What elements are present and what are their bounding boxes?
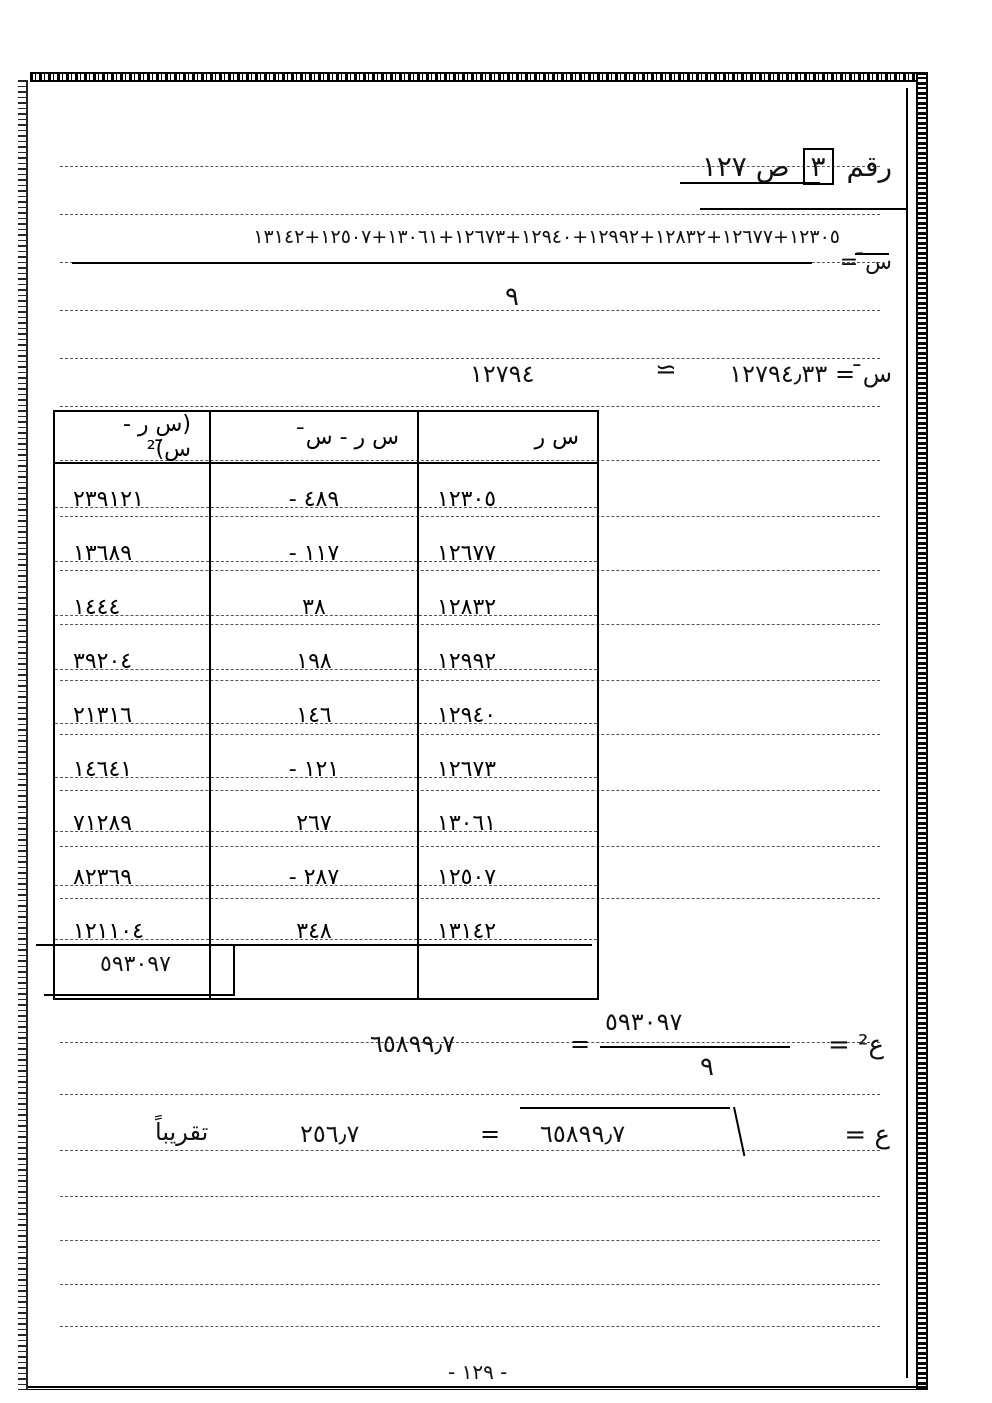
cell-x-value: ١٢٣٠٥: [437, 487, 496, 512]
cell-deviation-value: ٢٦٧: [296, 811, 331, 836]
cell-deviation-squared-value: ٢٣٩١٢١: [73, 487, 144, 512]
cell-x: ١٢٨٣٢: [418, 572, 598, 626]
cell-x: ١٢٦٧٣: [418, 734, 598, 788]
mean-result-value: ١٢٧٩٤٫٣٣: [729, 360, 827, 388]
table-row: ١٢٥٠٧٢٨٧ -٨٢٣٦٩: [54, 842, 598, 896]
cell-deviation-squared: ١٤٤٤: [54, 572, 210, 626]
variance-denominator: ٩: [700, 1052, 714, 1082]
cell-x-value: ١٢٦٧٧: [437, 541, 496, 566]
ruled-line: [60, 310, 880, 311]
header-x: س ر: [418, 411, 598, 463]
cell-deviation-squared-value: ١٤٤٤: [73, 595, 120, 620]
mean-result-rounded: ١٢٧٩٤: [470, 360, 534, 388]
cell-deviation-squared: ١٤٦٤١: [54, 734, 210, 788]
cell-deviation-value: ١٩٨: [296, 649, 331, 674]
table-row: ١٢٩٩٢١٩٨٣٩٢٠٤: [54, 626, 598, 680]
cell-deviation-squared: ٢٣٩١٢١: [54, 463, 210, 518]
cell-deviation: ١٤٦: [210, 680, 418, 734]
ruled-line: [60, 358, 880, 359]
page-number: - ١٢٩ -: [448, 1360, 507, 1384]
table-row: ١٣٠٦١٢٦٧٧١٢٨٩: [54, 788, 598, 842]
cell-deviation-squared: ٢١٣١٦: [54, 680, 210, 734]
cell-deviation-value: ٤٨٩ -: [289, 487, 339, 512]
cell-x-value: ١٢٦٧٣: [437, 757, 496, 782]
inner-frame-rule: [906, 88, 908, 1378]
ruled-line: [60, 1326, 880, 1327]
sum-expression: ١٢٣٠٥+١٢٦٧٧+١٢٨٣٢+١٢٩٩٢+١٢٩٤٠+١٢٦٧٣+١٣٠٦…: [70, 226, 840, 248]
table-row: ١٢٩٤٠١٤٦٢١٣١٦: [54, 680, 598, 734]
cell-x: ١٢٥٠٧: [418, 842, 598, 896]
ruled-line: [60, 1042, 880, 1043]
approximately-word: تقريباً: [155, 1118, 208, 1146]
variance-numerator: ٥٩٣٠٩٧: [605, 1008, 682, 1036]
std-dev-result: ٢٥٦٫٧: [300, 1120, 359, 1148]
fraction-bar: [72, 262, 812, 264]
variance-label: ع² =: [828, 1030, 884, 1060]
header-deviation-squared: (س ر - س̄)²: [54, 411, 210, 463]
ruled-line: [60, 214, 880, 215]
cell-x: ١٢٩٤٠: [418, 680, 598, 734]
cell-deviation: ٣٤٨: [210, 896, 418, 950]
header-deviation: س ر - س̄: [210, 411, 418, 463]
total-underline: [44, 994, 234, 996]
decorative-border-top: [30, 72, 920, 82]
cell-deviation-squared-value: ٢١٣١٦: [73, 703, 132, 728]
cell-x: ١٣١٤٢: [418, 896, 598, 950]
cell-deviation: ٢٦٧: [210, 788, 418, 842]
empty-cell: [418, 950, 598, 999]
cell-deviation-value: ٢٨٧ -: [289, 865, 339, 890]
ruled-line: [60, 1284, 880, 1285]
page-heading: رقم ٣ ص ١٢٧: [702, 148, 892, 185]
cell-x: ١٢٩٩٢: [418, 626, 598, 680]
cell-deviation-squared: ١٢١١٠٤: [54, 896, 210, 950]
mean-label: س̄ =: [840, 250, 892, 275]
table-header-row: س ر س ر - س̄ (س ر - س̄)²: [54, 411, 598, 463]
cell-deviation-squared: ٣٩٢٠٤: [54, 626, 210, 680]
cell-deviation-value: ١٤٦: [296, 703, 331, 728]
table-row: ١٢٣٠٥٤٨٩ -٢٣٩١٢١: [54, 463, 598, 518]
cell-deviation-squared-value: ١٤٦٤١: [73, 757, 132, 782]
mean-result-label: س̄ =: [835, 360, 892, 388]
heading-prefix: رقم: [846, 150, 892, 183]
cell-deviation-squared-value: ١٣٦٨٩: [73, 541, 132, 566]
cell-deviation-squared-value: ٧١٢٨٩: [73, 811, 132, 836]
decorative-border-right: [916, 72, 928, 1390]
cell-x-value: ١٢٩٤٠: [437, 703, 496, 728]
section-rule: [700, 208, 908, 210]
sqrt-vinculum: [520, 1107, 730, 1109]
ruled-line: [60, 1196, 880, 1197]
cell-deviation-squared-value: ١٢١١٠٤: [73, 919, 144, 944]
heading-connector: ص: [756, 150, 790, 183]
cell-deviation: ٣٨: [210, 572, 418, 626]
cell-deviation-squared: ١٣٦٨٩: [54, 518, 210, 572]
cell-deviation-squared: ٨٢٣٦٩: [54, 842, 210, 896]
cell-x: ١٢٣٠٥: [418, 463, 598, 518]
ruled-line: [60, 1150, 880, 1151]
decorative-border-left: [18, 80, 28, 1390]
approx-symbol: ≃: [655, 355, 677, 385]
cell-x: ١٣٠٦١: [418, 788, 598, 842]
table-row: ١٣١٤٢٣٤٨١٢١١٠٤: [54, 896, 598, 950]
decorative-border-bottom: [28, 1386, 928, 1390]
cell-deviation-squared: ٧١٢٨٩: [54, 788, 210, 842]
sum-of-squares: ٥٩٣٠٩٧: [100, 952, 171, 977]
deviation-table: س ر س ر - س̄ (س ر - س̄)² ١٢٣٠٥٤٨٩ -٢٣٩١٢…: [53, 410, 599, 1000]
cell-deviation-value: ٣٨: [302, 595, 326, 620]
table-row: ١٢٦٧٧١١٧ -١٣٦٨٩: [54, 518, 598, 572]
cell-deviation-value: ١١٧ -: [289, 541, 339, 566]
sqrt-radical-icon: [733, 1107, 745, 1156]
ruled-line: [60, 1094, 880, 1095]
cell-deviation-value: ٣٤٨: [296, 919, 331, 944]
boxed-number: ٣: [803, 148, 834, 185]
cell-x-value: ١٣٠٦١: [437, 811, 496, 836]
cell-deviation: ١١٧ -: [210, 518, 418, 572]
cell-x-value: ١٢٨٣٢: [437, 595, 496, 620]
table-row: ١٢٦٧٣١٢١ -١٤٦٤١: [54, 734, 598, 788]
std-dev-label: ع =: [844, 1120, 890, 1150]
mean-denominator: ٩: [505, 282, 519, 312]
cell-deviation-squared-value: ٣٩٢٠٤: [73, 649, 132, 674]
sqrt-radicand: ٦٥٨٩٩٫٧: [540, 1120, 625, 1148]
cell-deviation: ١٢١ -: [210, 734, 418, 788]
heading-underline: [680, 182, 820, 184]
table-row: ١٢٨٣٢٣٨١٤٤٤: [54, 572, 598, 626]
cell-deviation: ٤٨٩ -: [210, 463, 418, 518]
mean-result-exact: س̄ = ١٢٧٩٤٫٣٣: [729, 360, 892, 388]
ruled-line: [60, 406, 880, 407]
ruled-line: [60, 1240, 880, 1241]
cell-deviation-value: ١٢١ -: [289, 757, 339, 782]
variance-fraction-bar: [600, 1046, 790, 1048]
cell-deviation: ١٩٨: [210, 626, 418, 680]
cell-x-value: ١٢٥٠٧: [437, 865, 496, 890]
cell-x: ١٢٦٧٧: [418, 518, 598, 572]
variance-equals: =: [570, 1030, 590, 1058]
cell-deviation-squared-value: ٨٢٣٦٩: [73, 865, 132, 890]
heading-page-ref: ١٢٧: [702, 150, 747, 183]
std-dev-equals: =: [480, 1120, 500, 1148]
cell-x-value: ١٢٩٩٢: [437, 649, 496, 674]
cell-x-value: ١٣١٤٢: [437, 919, 496, 944]
empty-cell: [210, 950, 418, 999]
cell-deviation: ٢٨٧ -: [210, 842, 418, 896]
variance-result: ٦٥٨٩٩٫٧: [370, 1030, 455, 1058]
